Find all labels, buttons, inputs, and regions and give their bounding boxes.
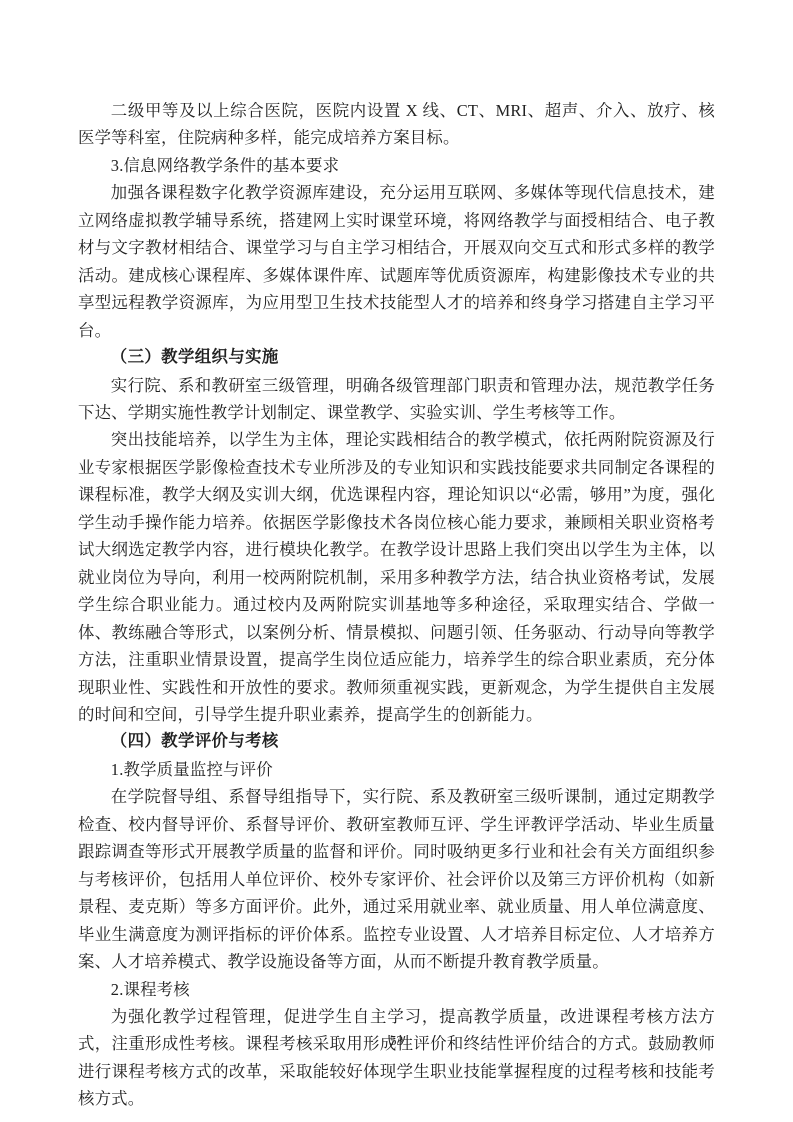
paragraph-skill-training: 突出技能培养，以学生为主体，理论实践相结合的教学模式，依托两附院资源及行业专家根…	[78, 426, 715, 728]
section-heading-teaching-organization: （三）教学组织与实施	[78, 344, 715, 371]
paragraph-hospital-requirements: 二级甲等及以上综合医院，医院内设置 X 线、CT、MRI、超声、介入、放疗、核医…	[78, 97, 715, 152]
paragraph-supervision-evaluation: 在学院督导组、系督导组指导下，实行院、系及教研室三级听课制，通过定期教学检查、校…	[78, 783, 715, 975]
numbered-heading-course-assessment: 2.课程考核	[78, 976, 715, 1003]
paragraph-three-level-management: 实行院、系和教研室三级管理，明确各级管理部门职责和管理办法，规范教学任务下达、学…	[78, 372, 715, 427]
section-heading-teaching-evaluation: （四）教学评价与考核	[78, 728, 715, 755]
numbered-heading-network-teaching: 3.信息网络教学条件的基本要求	[78, 152, 715, 179]
paragraph-assessment-reform: 为强化教学过程管理，促进学生自主学习，提高教学质量，改进课程考核方法方式，注重形…	[78, 1003, 715, 1113]
numbered-heading-quality-monitoring: 1.教学质量监控与评价	[78, 756, 715, 783]
page-number: 53	[0, 1032, 793, 1050]
document-page: 二级甲等及以上综合医院，医院内设置 X 线、CT、MRI、超声、介入、放疗、核医…	[0, 0, 793, 1122]
paragraph-digital-resources: 加强各课程数字化教学资源库建设，充分运用互联网、多媒体等现代信息技术，建立网络虚…	[78, 179, 715, 344]
page-content: 二级甲等及以上综合医院，医院内设置 X 线、CT、MRI、超声、介入、放疗、核医…	[78, 97, 715, 1113]
